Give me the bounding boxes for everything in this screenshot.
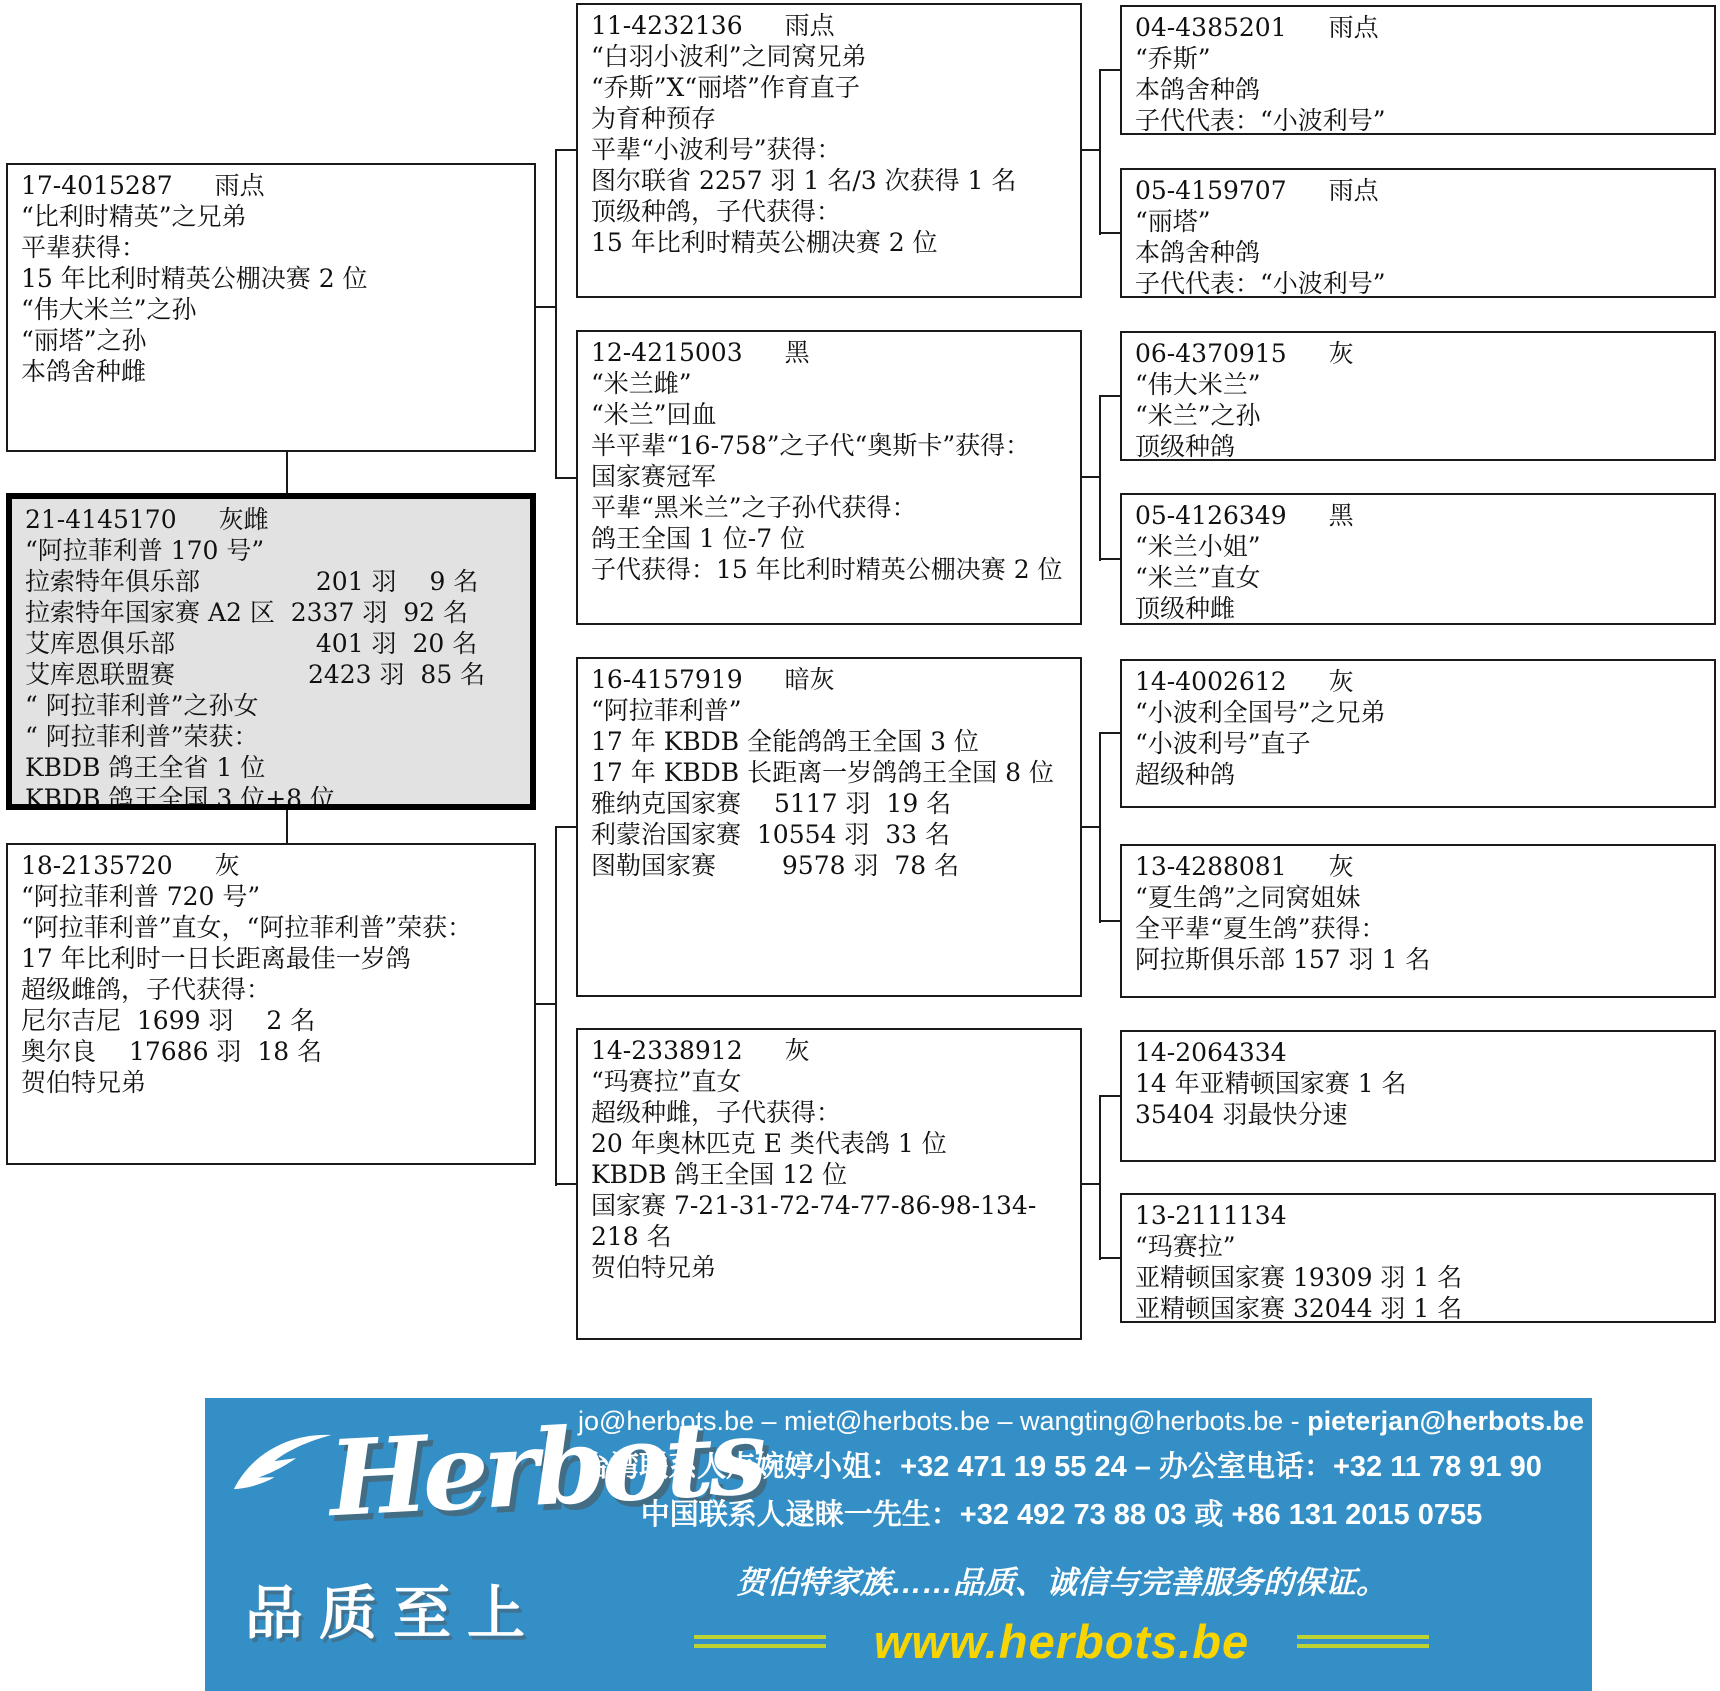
pedigree-line: 平辈“小波利号”获得：	[591, 134, 1072, 165]
pedigree-line: 亚精顿国家赛 19309 羽 1 名	[1135, 1262, 1706, 1293]
box-lines: “米兰雌”“米兰”回血半平辈“16-758”之子代“奥斯卡”获得：国家赛冠军平辈…	[591, 368, 1072, 585]
pedigree-box-06-4370915: 06-4370915灰 “伟大米兰”“米兰”之孙顶级种鸽	[1120, 331, 1716, 461]
pedigree-line: 子代代表：“小波利号”	[1135, 105, 1706, 135]
pedigree-line: “玛赛拉”	[1135, 1231, 1706, 1262]
connector-line	[1099, 558, 1120, 560]
feather-color: 灰	[1329, 852, 1354, 881]
pedigree-box-12-4215003: 12-4215003黑 “米兰雌”“米兰”回血半平辈“16-758”之子代“奥斯…	[576, 330, 1082, 625]
pedigree-line: “阿拉菲利普”直女，“阿拉菲利普”荣获：	[21, 912, 526, 943]
pedigree-line: “夏生鸽”之同窝姐妹	[1135, 882, 1706, 913]
pedigree-line: 14 年亚精顿国家赛 1 名	[1135, 1068, 1706, 1099]
pedigree-line: “玛赛拉”直女	[591, 1066, 1072, 1097]
connector-line	[555, 1183, 576, 1185]
ring-number-and-color: 16-4157919暗灰	[591, 664, 1072, 695]
pedigree-box-sire-17-4015287: 17-4015287雨点 “比利时精英”之兄弟平辈获得：15 年比利时精英公棚决…	[6, 163, 536, 452]
pedigree-line: “ 阿拉菲利普”荣获：	[25, 721, 522, 752]
ring-number: 04-4385201	[1135, 13, 1287, 42]
pedigree-line: “米兰雌”	[591, 368, 1072, 399]
connector-line	[1099, 732, 1120, 734]
box-lines: “乔斯”本鸽舍种鸽子代代表：“小波利号”	[1135, 43, 1706, 135]
ring-number: 21-4145170	[25, 505, 177, 534]
connector-line	[555, 150, 557, 479]
connector-line	[1099, 1095, 1120, 1097]
feather-color: 黑	[785, 338, 810, 367]
ring-number: 05-4126349	[1135, 501, 1287, 530]
pedigree-line: “伟大米兰”	[1135, 369, 1706, 400]
feather-color: 灰	[1329, 667, 1354, 696]
herbots-banner: Herbots 品质至上 jo@herbots.be – miet@herbot…	[205, 1398, 1592, 1691]
connector-line	[1099, 920, 1120, 922]
connector-line	[286, 810, 288, 843]
pedigree-line: “伟大米兰”之孙	[21, 294, 526, 325]
ring-number-and-color: 14-2064334	[1135, 1037, 1706, 1068]
pedigree-line: 拉索特年俱乐部 201 羽 9 名	[25, 566, 522, 597]
ring-number-and-color: 05-4126349黑	[1135, 500, 1706, 531]
pedigree-line: 鸽王全国 1 位-7 位	[591, 523, 1072, 554]
pedigree-line: 15 年比利时精英公棚决赛 2 位	[21, 263, 526, 294]
pedigree-line: 17 年 KBDB 长距离一岁鸽鸽王全国 8 位	[591, 757, 1072, 788]
pedigree-line: 超级种鸽	[1135, 759, 1706, 790]
feather-color: 雨点	[215, 171, 265, 200]
quality-slogan: 品质至上	[245, 1566, 541, 1650]
ring-number: 14-4002612	[1135, 667, 1287, 696]
pedigree-line: 艾库恩俱乐部 401 羽 20 名	[25, 628, 522, 659]
box-lines: “阿拉菲利普”17 年 KBDB 全能鸽鸽王全国 3 位17 年 KBDB 长距…	[591, 695, 1072, 881]
pedigree-line: “阿拉菲利普 720 号”	[21, 881, 526, 912]
feather-color: 雨点	[785, 11, 835, 40]
pedigree-line: 17 年 KBDB 全能鸽鸽王全国 3 位	[591, 726, 1072, 757]
ring-number-and-color: 14-4002612灰	[1135, 666, 1706, 697]
pedigree-line: 贺伯特兄弟	[591, 1252, 1072, 1283]
connector-line	[555, 826, 576, 828]
pedigree-line: 子代代表：“小波利号”	[1135, 268, 1706, 298]
pedigree-line: 35404 羽最快分速	[1135, 1099, 1706, 1130]
connector-line	[1099, 395, 1120, 397]
pedigree-line: “乔斯”X“丽塔”作育直子	[591, 72, 1072, 103]
pedigree-line: 图勒国家赛 9578 羽 78 名	[591, 850, 1072, 881]
connector-line	[1099, 1096, 1101, 1260]
pedigree-line: “比利时精英”之兄弟	[21, 201, 526, 232]
ring-number-and-color: 12-4215003黑	[591, 337, 1072, 368]
banner-contact-block: jo@herbots.be – miet@herbots.be – wangti…	[535, 1406, 1588, 1669]
pedigree-line: 尼尔吉尼 1699 羽 2 名	[21, 1005, 526, 1036]
connector-line	[555, 827, 557, 1186]
pedigree-line: “乔斯”	[1135, 43, 1706, 74]
pedigree-line: “小波利号”直子	[1135, 728, 1706, 759]
pedigree-line: 平辈“黑米兰”之子孙代获得：	[591, 492, 1072, 523]
pedigree-box-13-2111134: 13-2111134 “玛赛拉”亚精顿国家赛 19309 羽 1 名亚精顿国家赛…	[1120, 1193, 1716, 1323]
pedigree-line: 国家赛冠军	[591, 461, 1072, 492]
pedigree-line: 图尔联省 2257 羽 1 名/3 次获得 1 名	[591, 165, 1072, 196]
ring-number: 18-2135720	[21, 851, 173, 880]
box-lines: 14 年亚精顿国家赛 1 名35404 羽最快分速	[1135, 1068, 1706, 1130]
ring-number-and-color: 21-4145170灰雌	[25, 504, 522, 535]
pedigree-line: 拉索特年国家赛 A2 区 2337 羽 92 名	[25, 597, 522, 628]
box-lines: “米兰小姐”“米兰”直女顶级种雌	[1135, 531, 1706, 624]
connector-line	[536, 306, 556, 308]
feather-color: 灰雌	[219, 505, 269, 534]
pedigree-box-05-4159707: 05-4159707雨点 “丽塔”本鸽舍种鸽子代代表：“小波利号”	[1120, 168, 1716, 298]
box-lines: “白羽小波利”之同窝兄弟“乔斯”X“丽塔”作育直子为育种预存平辈“小波利号”获得…	[591, 41, 1072, 258]
pedigree-box-14-2064334: 14-2064334 14 年亚精顿国家赛 1 名35404 羽最快分速	[1120, 1030, 1716, 1162]
pedigree-line: 半平辈“16-758”之子代“奥斯卡”获得：	[591, 430, 1072, 461]
pedigree-line: 贺伯特兄弟	[21, 1067, 526, 1098]
pedigree-line: 平辈获得：	[21, 232, 526, 263]
ring-number: 11-4232136	[591, 11, 743, 40]
connector-line	[286, 452, 288, 493]
pedigree-box-dam-18-2135720: 18-2135720灰 “阿拉菲利普 720 号”“阿拉菲利普”直女，“阿拉菲利…	[6, 843, 536, 1165]
box-lines: “阿拉菲利普 720 号”“阿拉菲利普”直女，“阿拉菲利普”荣获：17 年比利时…	[21, 881, 526, 1098]
pedigree-line: “ 阿拉菲利普”之孙女	[25, 690, 522, 721]
connector-line	[1099, 70, 1101, 235]
connector-line	[1099, 232, 1120, 234]
pedigree-line: “米兰”回血	[591, 399, 1072, 430]
connector-line	[1099, 69, 1120, 71]
ring-number-and-color: 13-4288081灰	[1135, 851, 1706, 882]
pedigree-box-14-4002612: 14-4002612灰 “小波利全国号”之兄弟“小波利号”直子超级种鸽	[1120, 659, 1716, 808]
pedigree-line: 顶级种雌	[1135, 593, 1706, 624]
pedigree-line: 15 年比利时精英公棚决赛 2 位	[591, 227, 1072, 258]
email-line: jo@herbots.be – miet@herbots.be – wangti…	[535, 1406, 1588, 1437]
ring-number: 13-4288081	[1135, 852, 1287, 881]
box-lines: “伟大米兰”“米兰”之孙顶级种鸽	[1135, 369, 1706, 461]
pedigree-line: 亚精顿国家赛 32044 羽 1 名	[1135, 1293, 1706, 1323]
pedigree-line: 本鸽舍种雌	[21, 356, 526, 387]
china-contact-line: 中国联系人逯睐一先生：+32 492 73 88 03 或 +86 131 20…	[535, 1492, 1588, 1533]
ring-number: 14-2338912	[591, 1036, 743, 1065]
pedigree-line: 顶级种鸽，子代获得：	[591, 196, 1072, 227]
ring-number: 12-4215003	[591, 338, 743, 367]
pedigree-line: “阿拉菲利普 170 号”	[25, 535, 522, 566]
pedigree-line: “丽塔”之孙	[21, 325, 526, 356]
website-url: www.herbots.be	[874, 1614, 1249, 1669]
ring-number: 05-4159707	[1135, 176, 1287, 205]
ring-number-and-color: 18-2135720灰	[21, 850, 526, 881]
connector-line	[555, 149, 576, 151]
box-lines: “玛赛拉”亚精顿国家赛 19309 羽 1 名亚精顿国家赛 32044 羽 1 …	[1135, 1231, 1706, 1323]
ring-number: 14-2064334	[1135, 1038, 1287, 1067]
feather-color: 灰	[1329, 339, 1354, 368]
pedigree-line: KBDB 鸽王全国 3 位+8 位	[25, 783, 522, 810]
connector-line	[1099, 396, 1101, 561]
ring-number: 06-4370915	[1135, 339, 1287, 368]
pedigree-box-11-4232136: 11-4232136雨点 “白羽小波利”之同窝兄弟“乔斯”X“丽塔”作育直子为育…	[576, 3, 1082, 298]
ring-number-and-color: 11-4232136雨点	[591, 10, 1072, 41]
pedigree-line: “米兰小姐”	[1135, 531, 1706, 562]
feather-color: 雨点	[1329, 13, 1379, 42]
pedigree-line: “米兰”之孙	[1135, 400, 1706, 431]
feather-icon	[223, 1420, 343, 1515]
box-lines: “比利时精英”之兄弟平辈获得：15 年比利时精英公棚决赛 2 位“伟大米兰”之孙…	[21, 201, 526, 387]
ring-number-and-color: 13-2111134	[1135, 1200, 1706, 1231]
pedigree-line: 为育种预存	[591, 103, 1072, 134]
pedigree-line: 子代获得：15 年比利时精英公棚决赛 2 位	[591, 554, 1072, 585]
pedigree-box-05-4126349: 05-4126349黑 “米兰小姐”“米兰”直女顶级种雌	[1120, 493, 1716, 625]
ring-number: 16-4157919	[591, 665, 743, 694]
pedigree-line: 全平辈“夏生鸽”获得：	[1135, 913, 1706, 944]
box-lines: “阿拉菲利普 170 号”拉索特年俱乐部 201 羽 9 名拉索特年国家赛 A2…	[25, 535, 522, 810]
pedigree-line: KBDB 鸽王全省 1 位	[25, 752, 522, 783]
double-rule-right	[1297, 1635, 1429, 1648]
box-lines: “丽塔”本鸽舍种鸽子代代表：“小波利号”	[1135, 206, 1706, 298]
feather-color: 黑	[1329, 501, 1354, 530]
box-lines: “小波利全国号”之兄弟“小波利号”直子超级种鸽	[1135, 697, 1706, 790]
ring-number-and-color: 04-4385201雨点	[1135, 12, 1706, 43]
feather-color: 雨点	[1329, 176, 1379, 205]
box-lines: “夏生鸽”之同窝姐妹全平辈“夏生鸽”获得：阿拉斯俱乐部 157 羽 1 名	[1135, 882, 1706, 975]
pedigree-line: “米兰”直女	[1135, 562, 1706, 593]
feather-color: 灰	[215, 851, 240, 880]
pedigree-box-04-4385201: 04-4385201雨点 “乔斯”本鸽舍种鸽子代代表：“小波利号”	[1120, 5, 1716, 135]
feather-color: 灰	[785, 1036, 810, 1065]
email-addresses: jo@herbots.be – miet@herbots.be – wangti…	[578, 1406, 1307, 1436]
pedigree-line: 利蒙治国家赛 10554 羽 33 名	[591, 819, 1072, 850]
pedigree-box-14-2338912: 14-2338912灰 “玛赛拉”直女超级种雌，子代获得：20 年奥林匹克 E …	[576, 1028, 1082, 1340]
ring-number: 13-2111134	[1135, 1201, 1287, 1230]
family-slogan: 贺伯特家族……品质、诚信与完善服务的保证。	[535, 1557, 1588, 1602]
pedigree-line: 本鸽舍种鸽	[1135, 74, 1706, 105]
pedigree-line: 20 年奥林匹克 E 类代表鸽 1 位	[591, 1128, 1072, 1159]
connector-line	[555, 477, 576, 479]
ring-number-and-color: 05-4159707雨点	[1135, 175, 1706, 206]
pedigree-line: 阿拉斯俱乐部 157 羽 1 名	[1135, 944, 1706, 975]
pedigree-box-subject-21-4145170: 21-4145170灰雌 “阿拉菲利普 170 号”拉索特年俱乐部 201 羽 …	[6, 493, 536, 810]
pedigree-line: “白羽小波利”之同窝兄弟	[591, 41, 1072, 72]
ring-number: 17-4015287	[21, 171, 173, 200]
pedigree-line: “小波利全国号”之兄弟	[1135, 697, 1706, 728]
ring-number-and-color: 06-4370915灰	[1135, 338, 1706, 369]
website-row: www.herbots.be	[535, 1614, 1588, 1669]
pedigree-line: 17 年比利时一日长距离最佳一岁鸽	[21, 943, 526, 974]
connector-line	[1099, 733, 1101, 923]
pedigree-chart: 17-4015287雨点 “比利时精英”之兄弟平辈获得：15 年比利时精英公棚决…	[0, 0, 1720, 1691]
pedigree-line: 本鸽舍种鸽	[1135, 237, 1706, 268]
pedigree-line: 超级种雌，子代获得：	[591, 1097, 1072, 1128]
pedigree-line: 奥尔良 17686 羽 18 名	[21, 1036, 526, 1067]
pedigree-line: 国家赛 7-21-31-72-74-77-86-98-134-218 名	[591, 1190, 1072, 1252]
box-lines: “玛赛拉”直女超级种雌，子代获得：20 年奥林匹克 E 类代表鸽 1 位KBDB…	[591, 1066, 1072, 1283]
connector-line	[1099, 1257, 1120, 1259]
pedigree-line: 艾库恩联盟赛 2423 羽 85 名	[25, 659, 522, 690]
ring-number-and-color: 17-4015287雨点	[21, 170, 526, 201]
taiwan-contact-line: 台湾联系人卢婉婷小姐：+32 471 19 55 24 – 办公室电话：+32 …	[535, 1444, 1588, 1485]
email-address-pieterjan: pieterjan@herbots.be	[1307, 1406, 1584, 1436]
pedigree-line: 顶级种鸽	[1135, 431, 1706, 461]
pedigree-line: KBDB 鸽王全国 12 位	[591, 1159, 1072, 1190]
pedigree-box-16-4157919: 16-4157919暗灰 “阿拉菲利普”17 年 KBDB 全能鸽鸽王全国 3 …	[576, 657, 1082, 997]
pedigree-line: 超级雌鸽，子代获得：	[21, 974, 526, 1005]
pedigree-line: “阿拉菲利普”	[591, 695, 1072, 726]
connector-line	[536, 1003, 556, 1005]
pedigree-line: “丽塔”	[1135, 206, 1706, 237]
pedigree-line: 雅纳克国家赛 5117 羽 19 名	[591, 788, 1072, 819]
ring-number-and-color: 14-2338912灰	[591, 1035, 1072, 1066]
feather-color: 暗灰	[785, 665, 835, 694]
double-rule-left	[694, 1635, 826, 1648]
pedigree-box-13-4288081: 13-4288081灰 “夏生鸽”之同窝姐妹全平辈“夏生鸽”获得：阿拉斯俱乐部 …	[1120, 844, 1716, 998]
